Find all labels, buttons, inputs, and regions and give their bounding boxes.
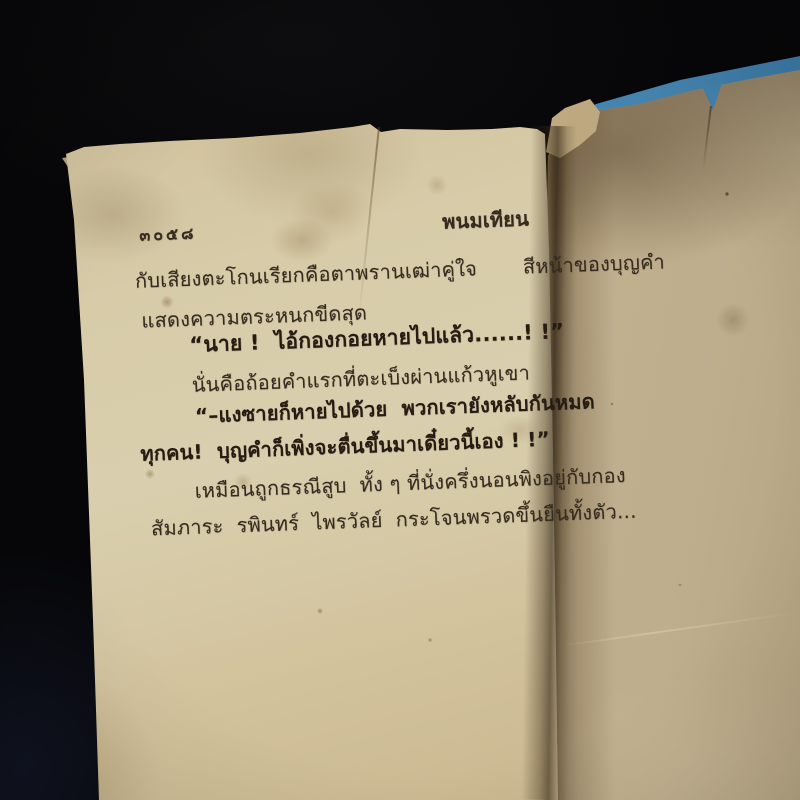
running-head-author: พนมเทียน <box>442 205 530 234</box>
page-text-block: ๓๐๕๘ พนมเทียน กับเสียงตะโกนเรียกคือตาพรา… <box>130 185 546 579</box>
dialogue-line: ทุกคน! บุญคำก็เพิ่งจะตื่นขึ้นมาเดี๋ยวนี้… <box>140 426 551 467</box>
book-photo-scene: ๓๐๕๘ พนมเทียน กับเสียงตะโกนเรียกคือตาพรา… <box>0 0 800 800</box>
page-number: ๓๐๕๘ <box>139 224 197 247</box>
